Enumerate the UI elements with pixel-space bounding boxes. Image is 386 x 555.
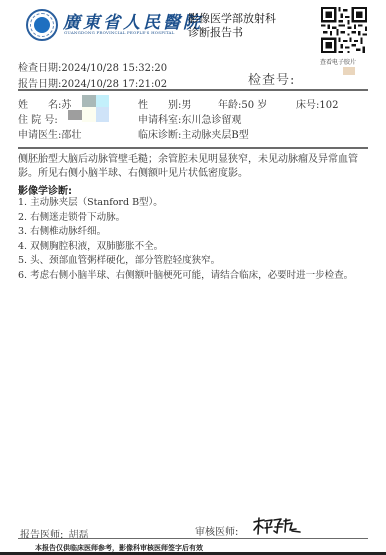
name-redaction bbox=[82, 95, 96, 107]
patient-name: 姓 名:苏 bbox=[18, 96, 71, 111]
findings-text: 侧胚胎型大脑后动脉管壁毛糙；余管腔未见明显狭窄，未见动脉瘤及异常血管影。所见右侧… bbox=[18, 153, 368, 181]
request-department: 申请科室:东川急诊留观 bbox=[138, 111, 241, 126]
patient-age: 年龄:50 岁 bbox=[218, 96, 267, 111]
reporter-name: 胡磊 bbox=[68, 530, 88, 541]
clinical-diagnosis: 临床诊断:主动脉夹层B型 bbox=[138, 126, 249, 141]
qr-caption[interactable]: 查看电子胶片 bbox=[320, 57, 356, 66]
signature-divider bbox=[18, 538, 368, 539]
qr-code-icon[interactable] bbox=[321, 7, 367, 53]
patient-bed: 床号:102 bbox=[296, 96, 338, 111]
gender-label: 性 别: bbox=[138, 100, 181, 111]
inpatient-redaction bbox=[96, 107, 109, 122]
age-label: 年龄: bbox=[218, 100, 241, 111]
diagnosis-title: 影像学诊断: bbox=[18, 182, 72, 197]
clinical-diagnosis-value: 主动脉夹层B型 bbox=[181, 130, 248, 141]
request-doctor-value: 邵壮 bbox=[61, 130, 81, 141]
exam-number-redacted bbox=[343, 67, 355, 75]
diagnosis-item: 1. 主动脉夹层（Stanford B型）。 bbox=[18, 196, 368, 211]
age-value: 50 岁 bbox=[241, 100, 267, 111]
report-date: 报告日期:2024/10/28 17:21:02 bbox=[18, 75, 167, 90]
reviewer-label: 审核医师: bbox=[195, 523, 238, 538]
inpatient-number: 住 院 号: bbox=[18, 111, 58, 126]
request-department-label: 申请科室: bbox=[138, 115, 181, 126]
inpatient-number-label: 住 院 号: bbox=[18, 115, 58, 126]
clinical-diagnosis-label: 临床诊断: bbox=[138, 130, 181, 141]
exam-date: 检查日期:2024/10/28 15:32:20 bbox=[18, 59, 167, 74]
request-doctor: 申请医生:邵壮 bbox=[18, 126, 81, 141]
bed-label: 床号: bbox=[296, 100, 319, 111]
header-divider bbox=[18, 89, 368, 91]
department-title-line2: 诊断报告书 bbox=[188, 26, 276, 40]
diagnosis-item: 2. 右侧迷走锁骨下动脉。 bbox=[18, 211, 368, 226]
department-title: 影像医学部放射科 诊断报告书 bbox=[188, 12, 276, 40]
patient-divider bbox=[18, 147, 368, 149]
name-redaction bbox=[96, 95, 109, 107]
exam-date-value: 2024/10/28 15:32:20 bbox=[61, 63, 167, 74]
bed-value: 102 bbox=[319, 100, 338, 111]
patient-gender: 性 别:男 bbox=[138, 96, 191, 111]
hospital-name-en: GUANGDONG PROVINCIAL PEOPLE'S HOSPITAL bbox=[64, 30, 174, 35]
exam-date-label: 检查日期: bbox=[18, 63, 61, 74]
diagnosis-item: 4. 双侧胸腔积液，双肺膨胀不全。 bbox=[18, 240, 368, 255]
diagnosis-item: 3. 右侧椎动脉纤细。 bbox=[18, 225, 368, 240]
gender-value: 男 bbox=[181, 100, 191, 111]
patient-name-label: 姓 名: bbox=[18, 100, 61, 111]
diagnosis-item: 5. 头、颈部血管粥样硬化，部分管腔轻度狭窄。 bbox=[18, 254, 368, 269]
department-title-line1: 影像医学部放射科 bbox=[188, 12, 276, 26]
inpatient-redaction bbox=[82, 107, 96, 122]
reporter: 报告医师: 胡磊 bbox=[20, 523, 88, 542]
reporter-label: 报告医师: bbox=[20, 530, 63, 541]
reviewer-signature-icon bbox=[252, 516, 304, 536]
inpatient-redaction bbox=[68, 110, 82, 120]
request-department-value: 东川急诊留观 bbox=[181, 115, 241, 126]
diagnosis-list: 1. 主动脉夹层（Stanford B型）。 2. 右侧迷走锁骨下动脉。 3. … bbox=[18, 196, 368, 283]
exam-number-label: 检查号: bbox=[248, 69, 295, 88]
hospital-logo-icon bbox=[26, 9, 58, 41]
diagnosis-item: 6. 考虑右侧小脑半球、右侧额叶脑梗死可能，请结合临床，必要时进一步检查。 bbox=[18, 269, 368, 284]
request-doctor-label: 申请医生: bbox=[18, 130, 61, 141]
